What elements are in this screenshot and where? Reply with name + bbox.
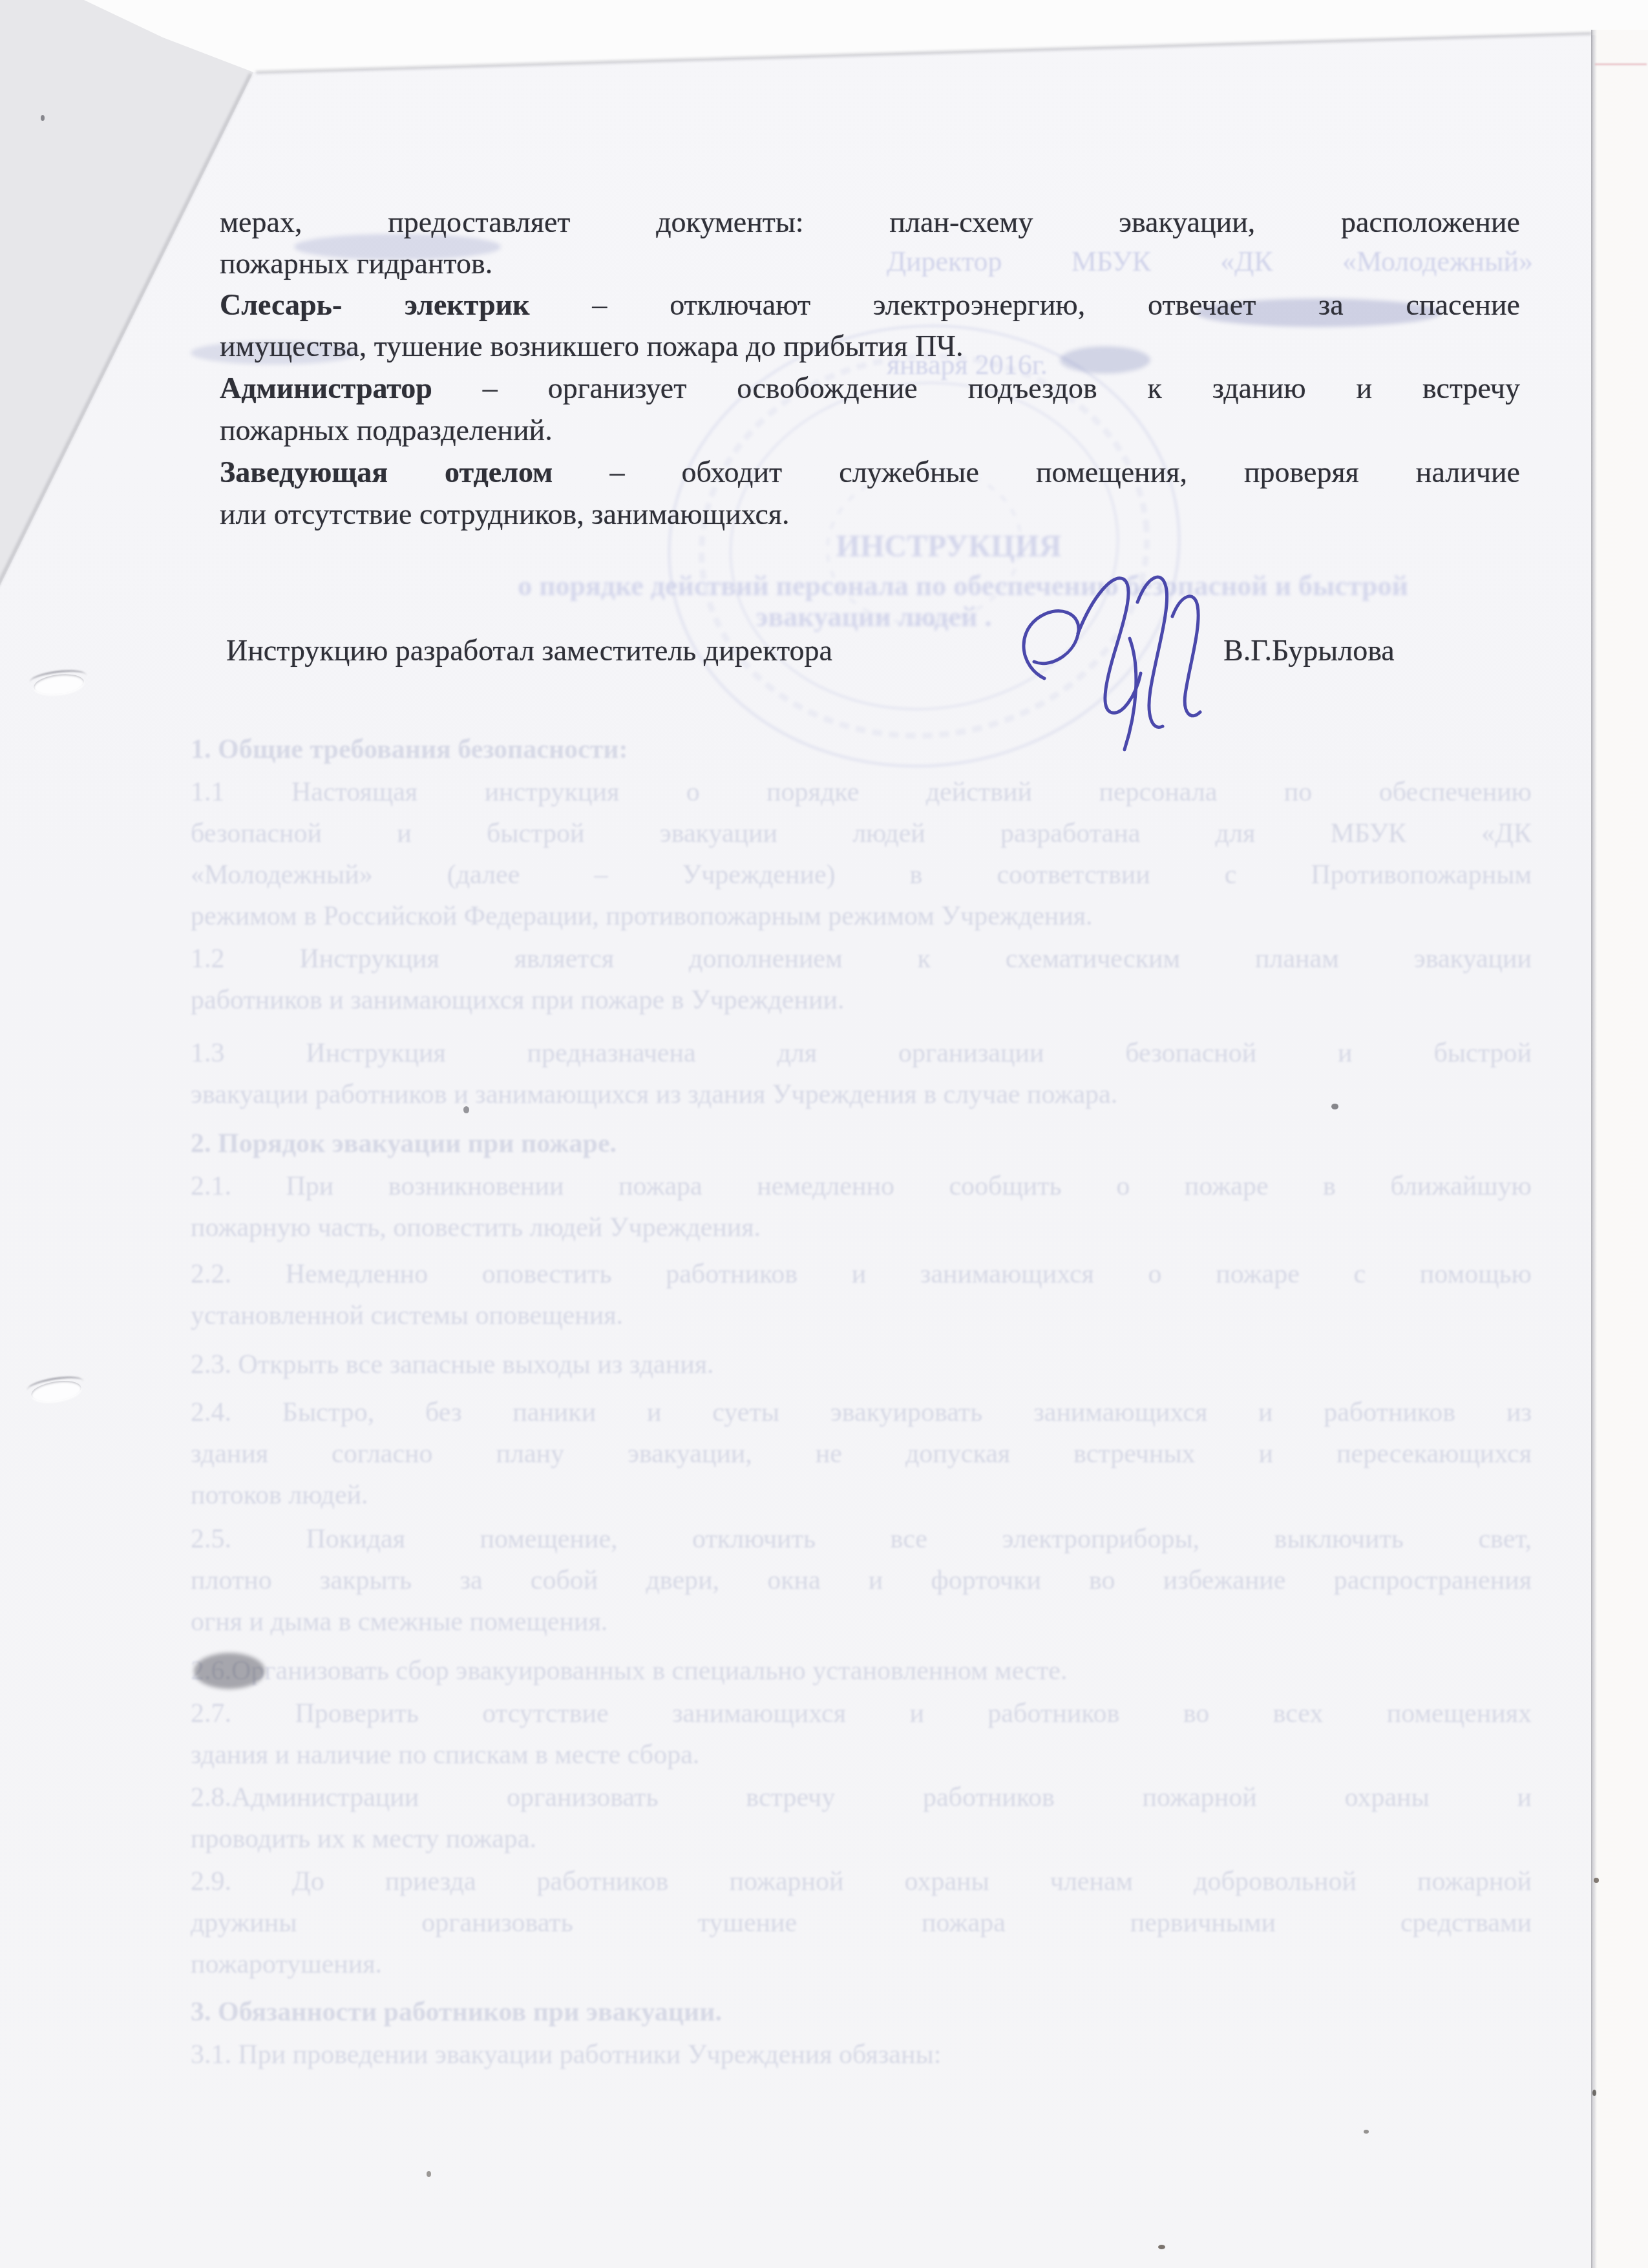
- signature-caption: Инструкцию разработал заместитель директ…: [226, 634, 832, 668]
- bleedthrough-line: безопасной и быстрой эвакуации людей раз…: [191, 818, 1532, 849]
- printed-text-line: Слесарь- электрик – отключают электроэне…: [220, 288, 1520, 322]
- printed-text-block: мерах, предоставляет документы: план-схе…: [0, 0, 1648, 582]
- bleedthrough-line: проводить их к месту пожара.: [191, 1823, 1532, 1854]
- dust-speck: [1364, 2130, 1369, 2134]
- bleedthrough-line: потоков людей.: [191, 1480, 1532, 1511]
- signature-name: В.Г.Бурылова: [1223, 634, 1395, 668]
- bleedthrough-line: 1. Общие требования безопасности:: [191, 734, 1532, 765]
- bleedthrough-line: 1.2 Инструкция является дополнением к сх…: [191, 943, 1532, 974]
- printed-text-line: мерах, предоставляет документы: план-схе…: [220, 205, 1520, 240]
- dust-speck: [427, 2171, 431, 2177]
- printed-text-line: Администратор – организует освобождение …: [220, 372, 1520, 406]
- bleedthrough-line: 2.4. Быстро, без паники и суеты эвакуиро…: [191, 1397, 1532, 1428]
- bleedthrough-line: 2.7. Проверить отсутствие занимающихся и…: [191, 1698, 1532, 1729]
- printed-text-line: или отсутствие сотрудников, занимающихся…: [220, 498, 1520, 532]
- bleedthrough-line: эвакуации работников и занимающихся из з…: [191, 1079, 1532, 1110]
- bleedthrough-line: огня и дыма в смежные помещения.: [191, 1606, 1532, 1637]
- dust-speck: [463, 1106, 469, 1113]
- handwritten-signature: [1003, 540, 1249, 753]
- printed-text-line: пожарных гидрантов.: [220, 247, 1520, 281]
- dust-speck: [1592, 2090, 1596, 2096]
- dust-speck: [1158, 2245, 1165, 2249]
- bleedthrough-line: «Молодежный» (далее – Учреждение) в соот…: [191, 859, 1532, 890]
- printed-text-line: Заведующая отделом – обходит служебные п…: [220, 456, 1520, 490]
- bleedthrough-line: 2.6.Организовать сбор эвакуированных в с…: [191, 1655, 1532, 1686]
- bleedthrough-line: 2.5. Покидая помещение, отключить все эл…: [191, 1524, 1532, 1555]
- dirt-smudge: [194, 1653, 265, 1689]
- bleedthrough-line: 2.9. До приезда работников пожарной охра…: [191, 1866, 1532, 1897]
- printed-text-line: пожарных подразделений.: [220, 414, 1520, 448]
- dust-speck: [1594, 1878, 1599, 1883]
- bleedthrough-line: 2.3. Открыть все запасные выходы из здан…: [191, 1349, 1532, 1380]
- bleedthrough-line: 3.1. При проведении эвакуации работники …: [191, 2039, 1532, 2070]
- bleedthrough-line: пожарную часть, оповестить людей Учрежде…: [191, 1212, 1532, 1243]
- bleedthrough-line: 2.1. При возникновении пожара немедленно…: [191, 1171, 1532, 1202]
- dust-speck: [1331, 1104, 1338, 1109]
- bleedthrough-line: здания согласно плану эвакуации, не допу…: [191, 1438, 1532, 1469]
- bleedthrough-line: режимом в Российской Федерации, противоп…: [191, 901, 1532, 932]
- bleedthrough-line: плотно закрыть за собой двери, окна и фо…: [191, 1565, 1532, 1596]
- bleedthrough-line: работников и занимающихся при пожаре в У…: [191, 985, 1532, 1016]
- bleedthrough-line: пожаротушения.: [191, 1949, 1532, 1980]
- bleedthrough-line: установленной системы оповещения.: [191, 1300, 1532, 1331]
- bleedthrough-line: 2.8.Администрации организовать встречу р…: [191, 1782, 1532, 1813]
- printed-text-line: имущества, тушение возникшего пожара до …: [220, 330, 1520, 364]
- bleedthrough-line: дружины организовать тушение пожара перв…: [191, 1907, 1532, 1938]
- bleedthrough-line: здания и наличие по спискам в месте сбор…: [191, 1739, 1532, 1770]
- bleedthrough-line: 1.3 Инструкция предназначена для организ…: [191, 1038, 1532, 1069]
- bleedthrough-line: 2.2. Немедленно оповестить работников и …: [191, 1259, 1532, 1290]
- bleedthrough-line: 2. Порядок эвакуации при пожаре.: [191, 1128, 1532, 1159]
- bleedthrough-line: 1.1 Настоящая инструкция о порядке дейст…: [191, 777, 1532, 808]
- bleedthrough-line: 3. Обязанности работников при эвакуации.: [191, 1997, 1532, 2028]
